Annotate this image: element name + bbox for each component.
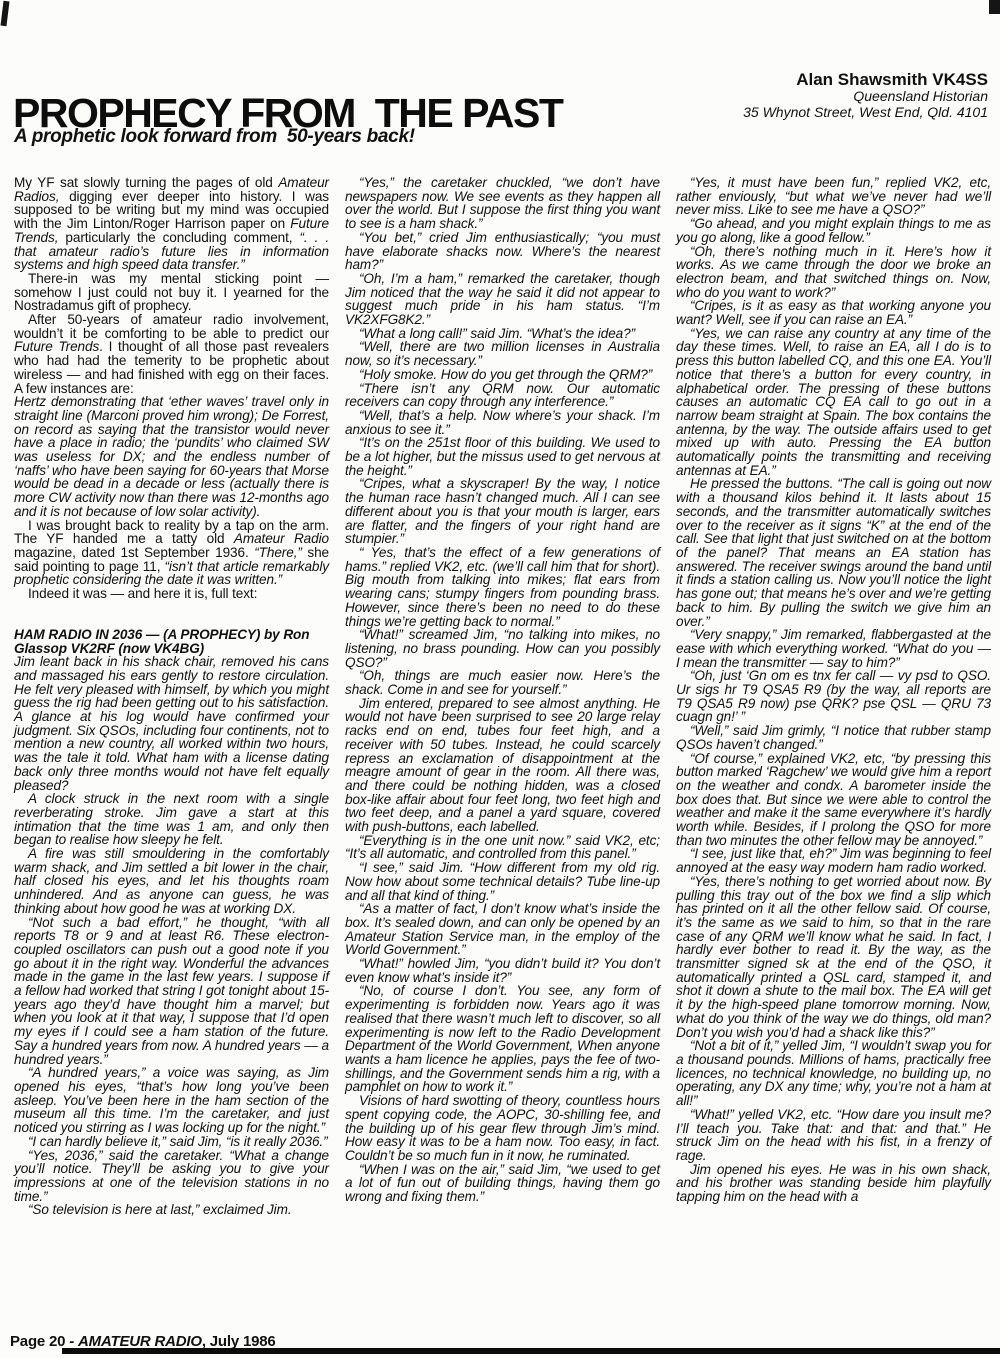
article-subtitle: A prophetic look forward from 50-years b… (14, 126, 415, 148)
article-column-3: “Yes, it must have been fun,” replied VK… (676, 176, 991, 1217)
byline-author-address: 35 Whynot Street, West End, Qld. 4101 (743, 104, 988, 120)
text-run: Jim entered, prepared to see almost anyt… (345, 696, 660, 834)
paragraph: “Of course,” explained VK2, etc, “by pre… (676, 752, 991, 848)
paragraph: A fire was still smouldering in the comf… (14, 847, 329, 916)
text-run: “Oh, I’m a ham,” remarked the caretaker,… (345, 271, 660, 327)
text-run: He pressed the buttons. “The call is goi… (676, 476, 991, 628)
text-run: “Well, there are two million licenses in… (345, 339, 660, 368)
text-run: “Oh, there’s nothing much in it. Here’s … (676, 244, 991, 300)
paragraph: “What!” screamed Jim, “no talking into m… (345, 628, 660, 669)
paragraph: “Well, there are two million licenses in… (345, 340, 660, 367)
paragraph: “Oh, just ‘Gn om es tnx fer call — vy ps… (676, 669, 991, 724)
scan-mark-bottom-edge (62, 1348, 1000, 1354)
paragraph: “I see,” said Jim. “How different from m… (345, 861, 660, 902)
text-run: “Of course,” explained VK2, etc, “by pre… (676, 751, 991, 848)
paragraph: A clock struck in the next room with a s… (14, 792, 329, 847)
paragraph: “So television is here at last,” exclaim… (14, 1203, 329, 1217)
paragraph: Jim leant back in his shack chair, remov… (14, 655, 329, 792)
text-run: “As a matter of fact, I don’t know what’… (345, 901, 660, 957)
paragraph: “Everything is in the one unit now.” sai… (345, 834, 660, 861)
text-run: “Go ahead, and you might explain things … (676, 216, 991, 245)
text-run: Jim opened his eyes. He was in his own s… (676, 1162, 991, 1204)
text-run: After 50-years of amateur radio involvem… (14, 312, 329, 341)
text-run: “Yes, there’s nothing to get worried abo… (676, 874, 991, 1040)
text-run: “Not such a bad effort,” he thought, “wi… (14, 915, 329, 1067)
paragraph: Visions of hard swotting of theory, coun… (345, 1094, 660, 1163)
paragraph: Indeed it was — and here it is, full tex… (14, 587, 329, 601)
text-run: “Cripes, is it as easy as that working a… (676, 298, 991, 327)
paragraph: “Not such a bad effort,” he thought, “wi… (14, 916, 329, 1067)
text-run: “It’s on the 251st floor of this buildin… (345, 435, 660, 477)
text-run: “Not a bit of it,” yelled Jim, “I wouldn… (676, 1038, 991, 1108)
text-run: “Yes, 2036,” said the caretaker. “What a… (14, 1148, 329, 1204)
paragraph: After 50-years of amateur radio involvem… (14, 313, 329, 395)
text-run: “What!” yelled VK2, etc. “How dare you i… (676, 1107, 991, 1163)
paragraph: “Yes, we can raise any country at any ti… (676, 327, 991, 478)
paragraph: “Cripes, what a skyscraper! By the way, … (345, 477, 660, 546)
paragraph: “You bet,” cried Jim enthusiastically; “… (345, 231, 660, 272)
byline: Alan Shawsmith VK4SS Queensland Historia… (743, 72, 988, 120)
text-run: “Yes, we can raise any country at any ti… (676, 326, 991, 478)
paragraph: “I see, just like that, eh?” Jim was beg… (676, 847, 991, 874)
paragraph: There-in was my mental sticking point — … (14, 272, 329, 313)
paragraph: “Yes, there’s nothing to get worried abo… (676, 875, 991, 1039)
text-run: “Oh, just ‘Gn om es tnx fer call — vy ps… (676, 668, 991, 724)
paragraph: “What!” yelled VK2, etc. “How dare you i… (676, 1108, 991, 1163)
text-run: “What!” screamed Jim, “no talking into m… (345, 627, 660, 669)
paragraph: “Oh, things are much easier now. Here’s … (345, 669, 660, 696)
text-run: digging ever deeper into history. I was … (14, 189, 329, 231)
paragraph: Hertz demonstrating that ‘ether waves’ t… (14, 395, 329, 518)
text-run: “Oh, things are much easier now. Here’s … (345, 668, 660, 697)
paragraph: “Yes,” the caretaker chuckled, “we don’t… (345, 176, 660, 231)
paragraph: “A hundred years,” a voice was saying, a… (14, 1066, 329, 1135)
text-run: “When I was on the air,” said Jim, “we u… (345, 1162, 660, 1204)
article-column-2: “Yes,” the caretaker chuckled, “we don’t… (345, 176, 660, 1217)
text-run: “So television is here at last,” exclaim… (28, 1202, 292, 1217)
text-run: “There isn’t any QRM now. Our automatic … (345, 381, 660, 410)
text-run: A clock struck in the next room with a s… (14, 791, 329, 847)
paragraph: “Holy smoke. How do you get through the … (345, 368, 660, 382)
paragraph: “Go ahead, and you might explain things … (676, 217, 991, 244)
paragraph: “Well, that’s a help. Now where’s your s… (345, 409, 660, 436)
text-run: Hertz demonstrating that ‘ether waves’ t… (14, 394, 329, 519)
text-run: HAM RADIO IN 2036 — (A PROPHECY) by Ron … (14, 627, 309, 656)
paragraph: “There isn’t any QRM now. Our automatic … (345, 382, 660, 409)
magazine-page: PROPHECY FROM THE PAST Alan Shawsmith VK… (0, 0, 1000, 1358)
text-run: “No, of course I don’t. You see, any for… (345, 983, 660, 1094)
paragraph: “When I was on the air,” said Jim, “we u… (345, 1163, 660, 1204)
paragraph: I was brought back to reality by a tap o… (14, 519, 329, 588)
text-run: Jim leant back in his shack chair, remov… (14, 654, 329, 792)
text-run: “Cripes, what a skyscraper! By the way, … (345, 476, 660, 546)
paragraph: “What a long call!” said Jim. “What’s th… (345, 327, 660, 341)
paragraph: “What!” howled Jim, “you didn’t build it… (345, 957, 660, 984)
scan-mark-top-right (989, 0, 1000, 14)
scan-mark-top-left (0, 1, 9, 27)
text-run: “Yes,” the caretaker chuckled, “we don’t… (345, 175, 660, 231)
paragraph: “Not a bit of it,” yelled Jim, “I wouldn… (676, 1039, 991, 1108)
paragraph: He pressed the buttons. “The call is goi… (676, 477, 991, 628)
text-run: “Very snappy,” Jim remarked, flabbergast… (676, 627, 991, 669)
text-run: “Well, that’s a help. Now where’s your s… (345, 408, 660, 437)
paragraph: Jim opened his eyes. He was in his own s… (676, 1163, 991, 1204)
paragraph: “I can hardly believe it,” said Jim, “is… (14, 1135, 329, 1149)
paragraph: “As a matter of fact, I don’t know what’… (345, 902, 660, 957)
paragraph: “Yes, it must have been fun,” replied VK… (676, 176, 991, 217)
text-run: “What!” howled Jim, “you didn’t build it… (345, 956, 660, 985)
text-run: There-in was my mental sticking point — … (14, 271, 329, 313)
paragraph: Jim entered, prepared to see almost anyt… (345, 697, 660, 834)
paragraph: “It’s on the 251st floor of this buildin… (345, 436, 660, 477)
paragraph: “ Yes, that’s the effect of a few genera… (345, 546, 660, 628)
paragraph: “Yes, 2036,” said the caretaker. “What a… (14, 1149, 329, 1204)
text-run: “Yes, it must have been fun,” replied VK… (676, 175, 991, 217)
text-run: Indeed it was — and here it is, full tex… (28, 586, 257, 601)
article-column-1: My YF sat slowly turning the pages of ol… (14, 176, 329, 1217)
text-run: “I see, just like that, eh?” Jim was beg… (676, 846, 991, 875)
text-run: “ Yes, that’s the effect of a few genera… (345, 545, 660, 629)
text-run: “A hundred years,” a voice was saying, a… (14, 1065, 329, 1135)
article-body: My YF sat slowly turning the pages of ol… (14, 176, 992, 1217)
paragraph: “Well,” said Jim grimly, “I notice that … (676, 724, 991, 751)
paragraph: My YF sat slowly turning the pages of ol… (14, 176, 329, 272)
paragraph: “No, of course I don’t. You see, any for… (345, 984, 660, 1094)
text-run: “Everything is in the one unit now.” sai… (345, 833, 660, 862)
text-run: A fire was still smouldering in the comf… (14, 846, 329, 916)
byline-author-role: Queensland Historian (743, 88, 988, 104)
paragraph: “Cripes, is it as easy as that working a… (676, 299, 991, 326)
text-run: Visions of hard swotting of theory, coun… (345, 1093, 660, 1163)
paragraph: “Oh, I’m a ham,” remarked the caretaker,… (345, 272, 660, 327)
byline-author-name: Alan Shawsmith VK4SS (743, 72, 988, 88)
paragraph: “Very snappy,” Jim remarked, flabbergast… (676, 628, 991, 669)
paragraph: “Oh, there’s nothing much in it. Here’s … (676, 245, 991, 300)
text-run: “I see,” said Jim. “How different from m… (345, 860, 660, 902)
story-heading: HAM RADIO IN 2036 — (A PROPHECY) by Ron … (14, 628, 329, 655)
text-run: “Well,” said Jim grimly, “I notice that … (676, 723, 991, 752)
text-run: “You bet,” cried Jim enthusiastically; “… (345, 230, 660, 272)
